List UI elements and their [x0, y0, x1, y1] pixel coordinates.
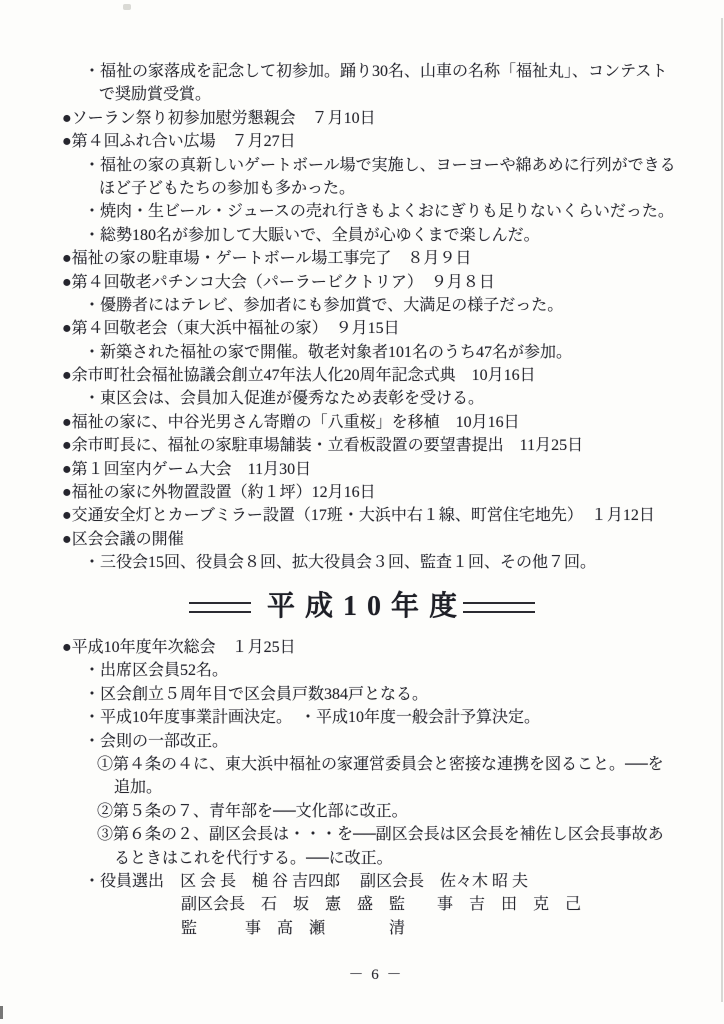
- text-line: ・平成10年度事業計画決定。 ・平成10年度一般会計予算決定。: [62, 706, 694, 729]
- text-line: 追加。: [62, 776, 694, 799]
- text-line: ・区会創立５周年目で区会員戸数384戸となる。: [62, 683, 694, 706]
- text-line: ・総勢180名が参加して大賑いで、全員が心ゆくまで楽しんだ。: [62, 224, 694, 247]
- text-line: ●第４回敬老パチンコ大会（パーラービクトリア） ９月８日: [62, 271, 694, 294]
- text-line: 副区会長 石 坂 憲 盛 監 事 吉 田 克 己: [62, 893, 694, 916]
- text-line: ・出席区会員52名。: [62, 659, 694, 682]
- text-line: ●福祉の家の駐車場・ゲートボール場工事完了 ８月９日: [62, 247, 694, 270]
- text-line: ・三役会15回、役員会８回、拡大役員会３回、監査１回、その他７回。: [62, 551, 694, 574]
- scan-corner-mark: [0, 1006, 3, 1019]
- text-line: 監 事 高 瀬 清: [62, 917, 694, 940]
- scan-edge-line: [721, 18, 723, 1002]
- event-list-heisei10: ●平成10年度年次総会 １月25日・出席区会員52名。・区会創立５周年目で区会員…: [62, 636, 694, 940]
- text-line: ・焼肉・生ビール・ジュースの売れ行きもよくおにぎりも足りないくらいだった。: [62, 200, 694, 223]
- text-line: ・優勝者にはテレビ、参加者にも参加賞で、大満足の様子だった。: [62, 294, 694, 317]
- text-line: ●区会会議の開催: [62, 528, 694, 551]
- section-title: 平成10年度: [267, 590, 467, 624]
- text-line: ・福祉の家の真新しいゲートボール場で実施し、ヨーヨーや綿あめに行列ができる: [62, 154, 694, 177]
- text-line: ●余市町長に、福祉の家駐車場舗装・立看板設置の要望書提出 11月25日: [62, 434, 694, 457]
- event-list-heisei9: ・福祉の家落成を記念して初参加。踊り30名、山車の名称「福祉丸」、コンテストで奨…: [62, 60, 694, 575]
- text-line: ・新築された福祉の家で開催。敬老対象者101名のうち47名が参加。: [62, 341, 694, 364]
- text-line: ・会則の一部改正。: [62, 730, 694, 753]
- text-line: で奨励賞受賞。: [62, 83, 694, 106]
- text-line: ●交通安全灯とカーブミラー設置（17班・大浜中右１線、町営住宅地先） １月12日: [62, 504, 694, 527]
- section-heading: 平成10年度: [0, 590, 724, 624]
- page-number: － 6 －: [14, 963, 724, 984]
- text-line: ・役員選出 区 会 長 槌 谷 吉四郎 副区会長 佐々木 昭 夫: [62, 870, 694, 893]
- text-line: ③第６条の２、副区会長は・・・を──副区会長は区会長を補佐し区会長事故あ: [62, 823, 694, 846]
- text-line: ほど子どもたちの参加も多かった。: [62, 177, 694, 200]
- text-line: ●第４回敬老会（東大浜中福祉の家） ９月15日: [62, 317, 694, 340]
- text-line: ●余市町社会福祉協議会創立47年法人化20周年記念式典 10月16日: [62, 364, 694, 387]
- scanned-document-page: ・福祉の家落成を記念して初参加。踊り30名、山車の名称「福祉丸」、コンテストで奨…: [0, 0, 724, 1024]
- double-rule-right-icon: [463, 602, 535, 613]
- text-line: ●福祉の家に外物置設置（約１坪）12月16日: [62, 481, 694, 504]
- text-line: るときはこれを代行する。──に改正。: [62, 847, 694, 870]
- text-line: ●第１回室内ゲーム大会 11月30日: [62, 458, 694, 481]
- text-line: ②第５条の７、青年部を──文化部に改正。: [62, 800, 694, 823]
- double-rule-left-icon: [189, 602, 251, 613]
- text-line: ●ソーラン祭り初参加慰労懇親会 ７月10日: [62, 107, 694, 130]
- scan-speck: [123, 4, 131, 10]
- text-line: ①第４条の４に、東大浜中福祉の家運営委員会と密接な連携を図ること。──を: [62, 753, 694, 776]
- text-line: ●福祉の家に、中谷光男さん寄贈の「八重桜」を移植 10月16日: [62, 411, 694, 434]
- text-line: ●平成10年度年次総会 １月25日: [62, 636, 694, 659]
- text-line: ・福祉の家落成を記念して初参加。踊り30名、山車の名称「福祉丸」、コンテスト: [62, 60, 694, 83]
- text-line: ●第４回ふれ合い広場 ７月27日: [62, 130, 694, 153]
- text-line: ・東区会は、会員加入促進が優秀なため表彰を受ける。: [62, 387, 694, 410]
